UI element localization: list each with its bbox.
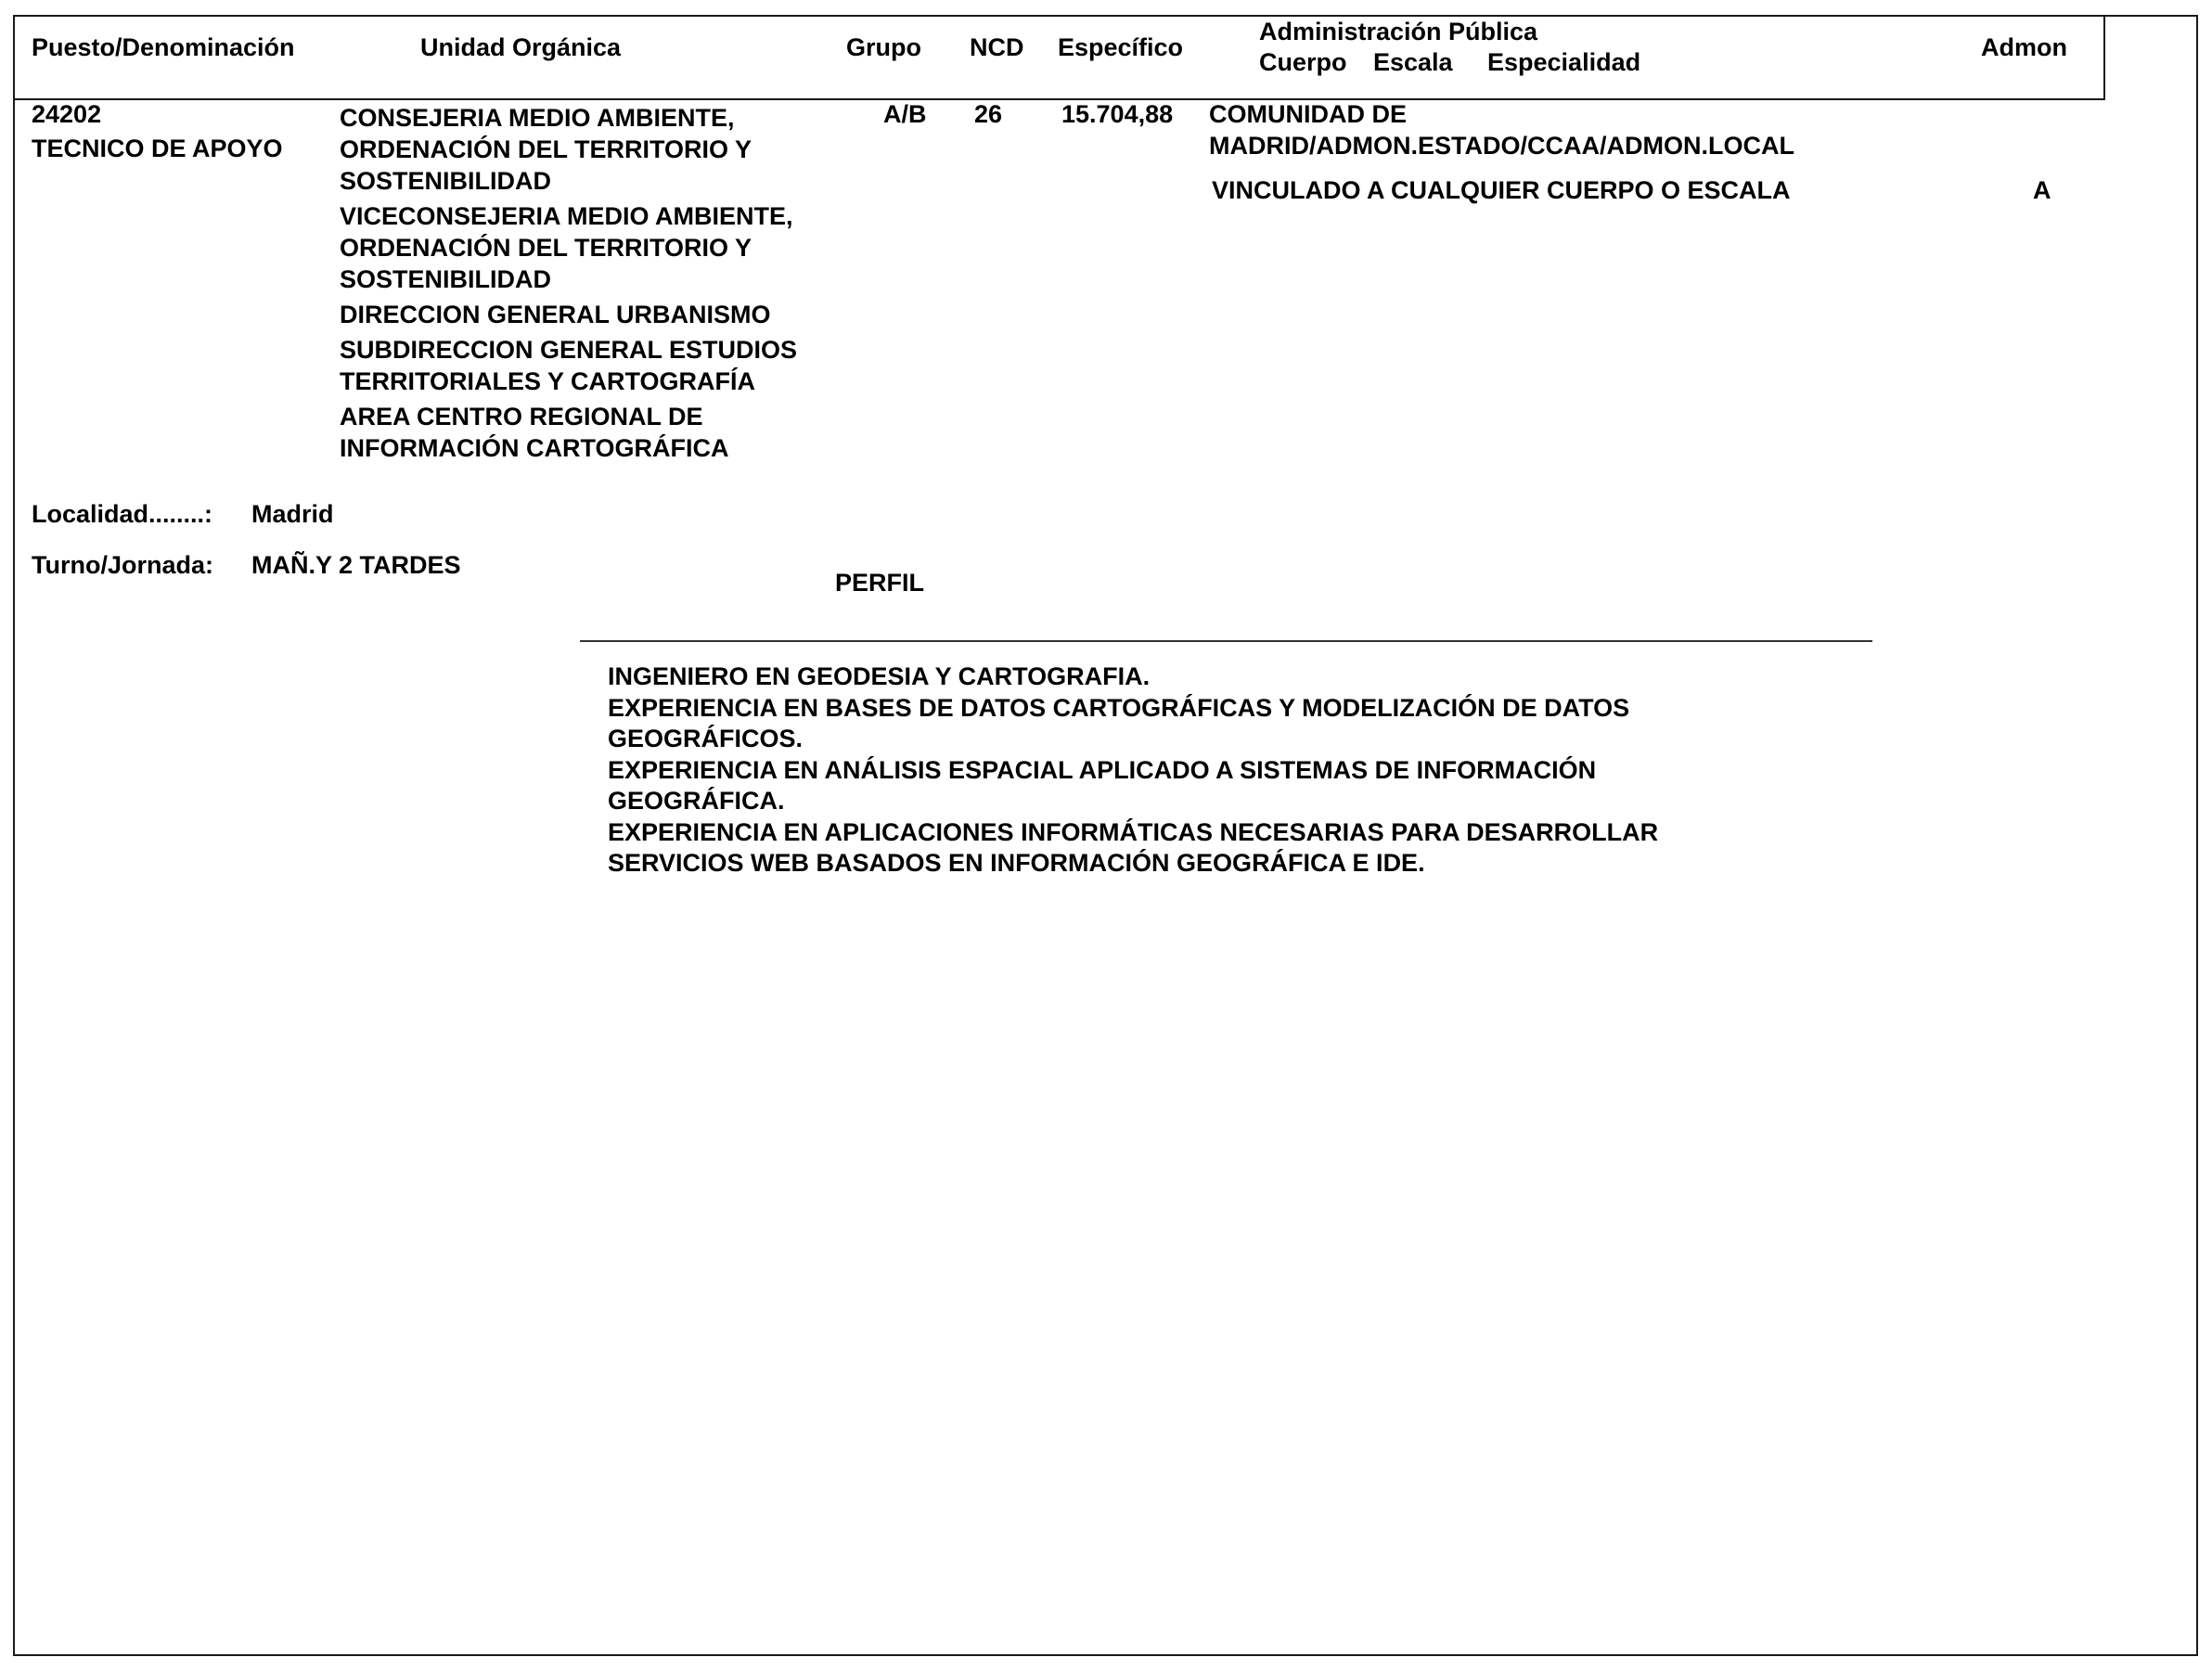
- unidad-organica-item: CONSEJERIA MEDIO AMBIENTE, ORDENACIÓN DE…: [340, 102, 859, 197]
- perfil-line: EXPERIENCIA EN BASES DE DATOS CARTOGRÁFI…: [608, 693, 1658, 725]
- header-puesto: Puesto/Denominación: [32, 32, 295, 63]
- localidad-label: Localidad........:: [32, 498, 212, 530]
- perfil-line: EXPERIENCIA EN APLICACIONES INFORMÁTICAS…: [608, 817, 1658, 849]
- turno-value: MAÑ.Y 2 TARDES: [251, 549, 461, 581]
- unidad-organica-item: SUBDIRECCION GENERAL ESTUDIOS TERRITORIA…: [340, 334, 859, 397]
- perfil-line: GEOGRÁFICA.: [608, 786, 1658, 817]
- header-unidad-organica: Unidad Orgánica: [420, 32, 621, 63]
- localidad-value: Madrid: [251, 498, 334, 530]
- header-escala: Escala: [1373, 46, 1453, 78]
- perfil-line: GEOGRÁFICOS.: [608, 724, 1658, 755]
- puesto-codigo: 24202: [32, 98, 101, 130]
- ncd-value: 26: [974, 98, 1002, 130]
- unidad-organica-item: VICECONSEJERIA MEDIO AMBIENTE, ORDENACIÓ…: [340, 200, 859, 295]
- puesto-denominacion: TECNICO DE APOYO: [32, 133, 283, 164]
- header-especialidad: Especialidad: [1487, 46, 1640, 78]
- perfil-line: EXPERIENCIA EN ANÁLISIS ESPACIAL APLICAD…: [608, 755, 1658, 787]
- header-grupo: Grupo: [846, 32, 921, 63]
- administracion-line-1: COMUNIDAD DE: [1209, 98, 1407, 130]
- unidad-organica-item: AREA CENTRO REGIONAL DE INFORMACIÓN CART…: [340, 401, 859, 464]
- grupo-value: A/B: [883, 98, 927, 130]
- header-admon: Admon: [1981, 32, 2067, 63]
- perfil-line: INGENIERO EN GEODESIA Y CARTOGRAFIA.: [608, 662, 1658, 693]
- especifico-value: 15.704,88: [1061, 98, 1173, 130]
- perfil-divider: [580, 640, 1872, 642]
- header-administracion-publica: Administración Pública: [1259, 16, 1537, 47]
- unidad-organica-list: CONSEJERIA MEDIO AMBIENTE, ORDENACIÓN DE…: [340, 102, 859, 468]
- administracion-line-2: MADRID/ADMON.ESTADO/CCAA/ADMON.LOCAL: [1209, 130, 1794, 161]
- header-especifico: Específico: [1058, 32, 1183, 63]
- turno-label: Turno/Jornada:: [32, 549, 213, 581]
- perfil-text: INGENIERO EN GEODESIA Y CARTOGRAFIA. EXP…: [608, 662, 1658, 880]
- cuerpo-escala-value: VINCULADO A CUALQUIER CUERPO O ESCALA: [1212, 174, 1791, 206]
- admon-value: A: [2033, 174, 2051, 206]
- unidad-organica-item: DIRECCION GENERAL URBANISMO: [340, 299, 859, 330]
- header-ncd: NCD: [970, 32, 1024, 63]
- perfil-line: SERVICIOS WEB BASADOS EN INFORMACIÓN GEO…: [608, 848, 1658, 880]
- perfil-title: PERFIL: [835, 567, 924, 598]
- header-cuerpo: Cuerpo: [1259, 46, 1347, 78]
